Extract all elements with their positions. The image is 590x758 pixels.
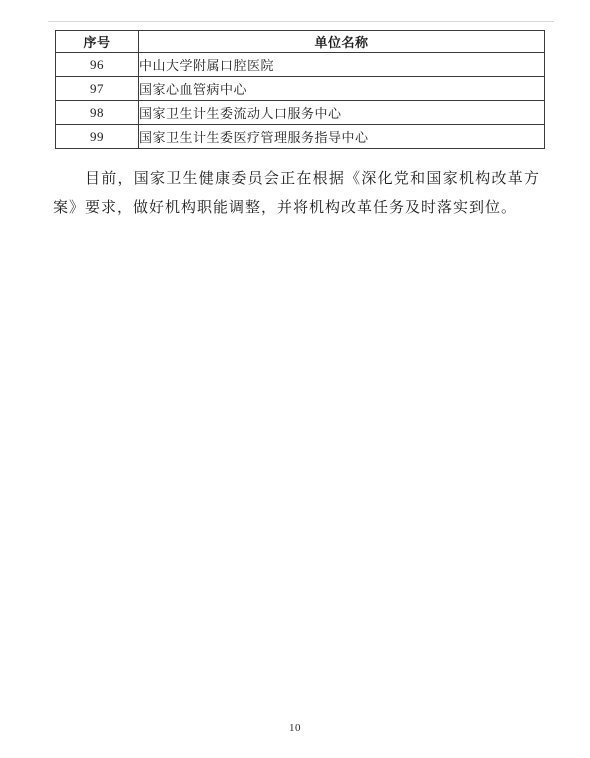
cell-unit-name: 国家卫生计生委流动人口服务中心 xyxy=(139,101,545,125)
cell-unit-name: 国家卫生计生委医疗管理服务指导中心 xyxy=(139,125,545,149)
table-row: 98 国家卫生计生委流动人口服务中心 xyxy=(56,101,545,125)
document-page: 序号 单位名称 96 中山大学附属口腔医院 97 国家心血管病中心 98 国家卫… xyxy=(0,0,590,758)
page-number: 10 xyxy=(0,722,590,734)
header-unit-name: 单位名称 xyxy=(139,31,545,53)
body-paragraph: 目前，国家卫生健康委员会正在根据《深化党和国家机构改革方案》要求，做好机构职能调… xyxy=(53,165,540,223)
cell-serial-number: 96 xyxy=(56,53,139,77)
table-row: 97 国家心血管病中心 xyxy=(56,77,545,101)
table-header-row: 序号 单位名称 xyxy=(56,31,545,53)
units-table: 序号 单位名称 96 中山大学附属口腔医院 97 国家心血管病中心 98 国家卫… xyxy=(55,30,545,149)
cell-serial-number: 98 xyxy=(56,101,139,125)
cell-unit-name: 中山大学附属口腔医院 xyxy=(139,53,545,77)
page-top-rule xyxy=(48,21,554,22)
cell-unit-name: 国家心血管病中心 xyxy=(139,77,545,101)
cell-serial-number: 97 xyxy=(56,77,139,101)
table-row: 96 中山大学附属口腔医院 xyxy=(56,53,545,77)
header-serial-number: 序号 xyxy=(56,31,139,53)
cell-serial-number: 99 xyxy=(56,125,139,149)
table-row: 99 国家卫生计生委医疗管理服务指导中心 xyxy=(56,125,545,149)
